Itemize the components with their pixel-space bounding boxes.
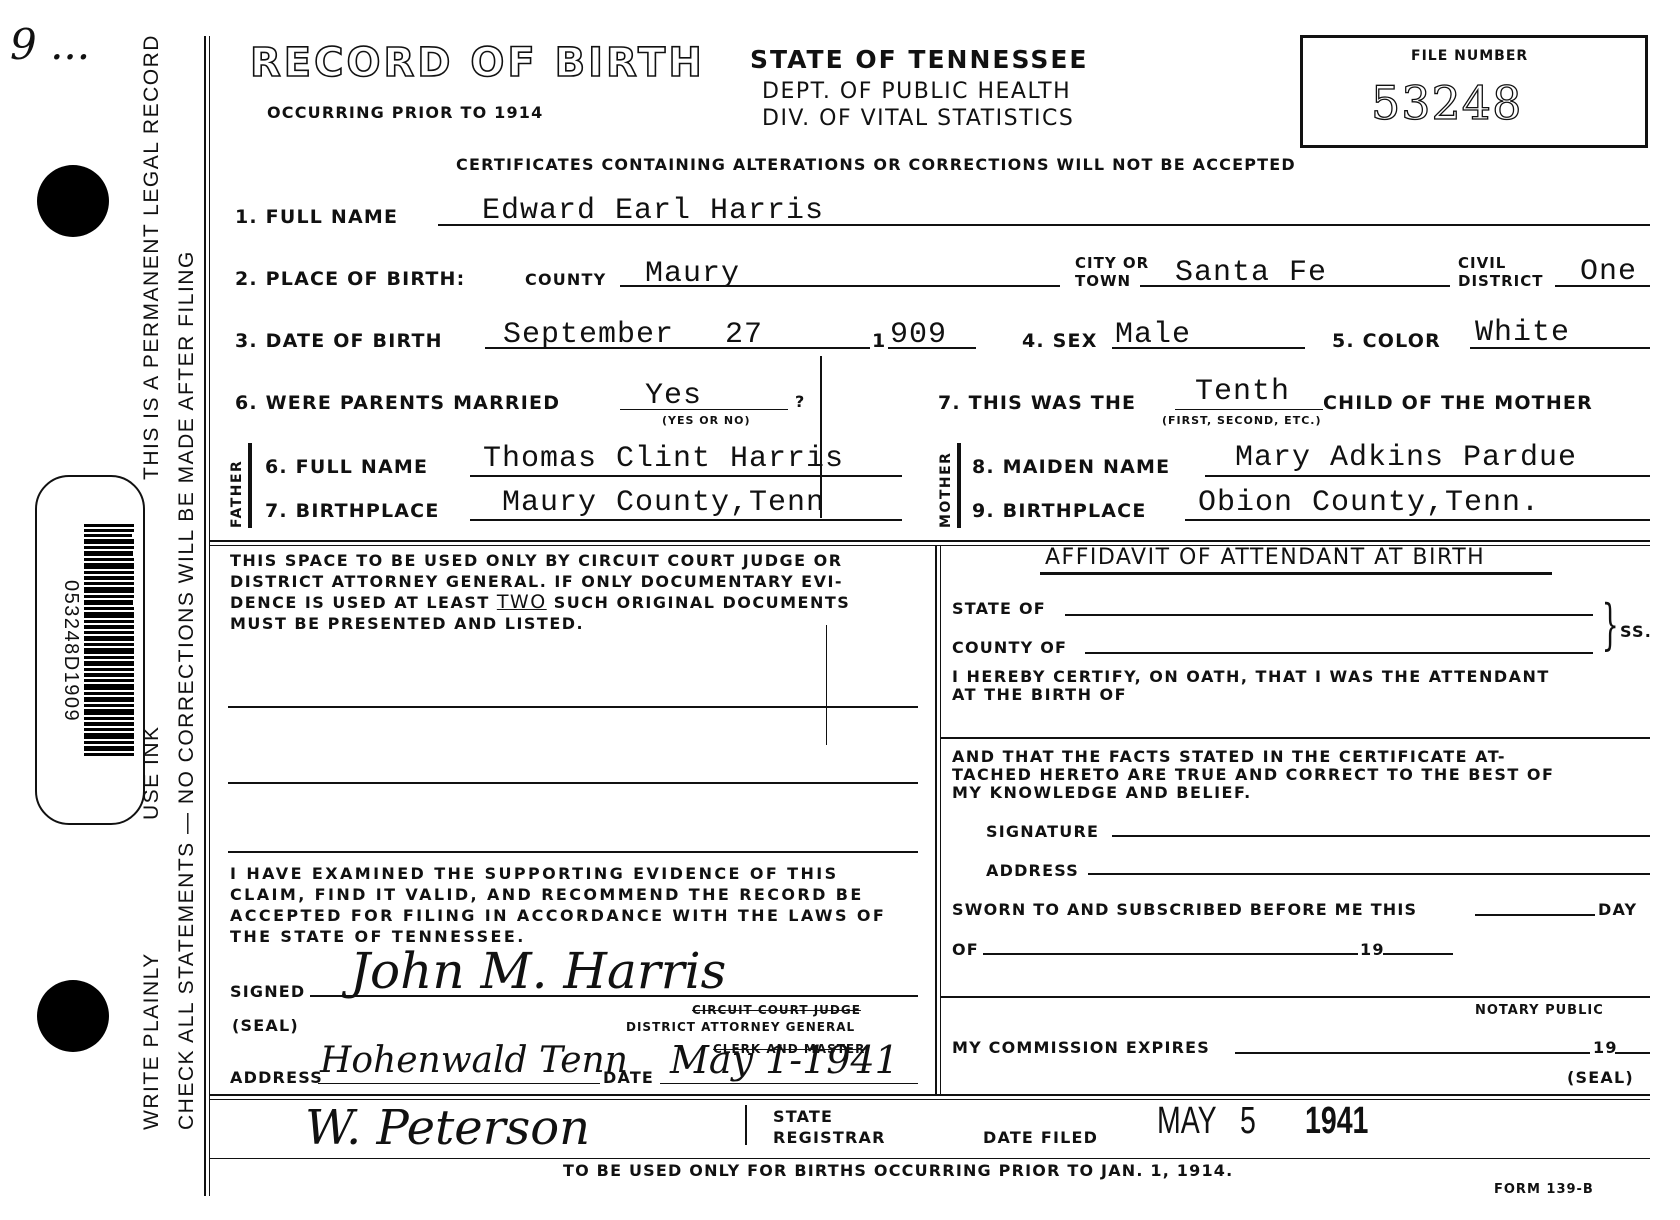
certify-line-1: I HEREBY CERTIFY, ON OATH, THAT I WAS TH… [952,668,1642,686]
center-divider-2 [940,546,941,1094]
court-instructions: THIS SPACE TO BE USED ONLY BY CIRCUIT CO… [230,550,930,634]
frame-left-border [204,36,206,1196]
signed-label: SIGNED [230,982,305,1001]
documents-line-2 [228,782,918,784]
parents-married-value: Yes [645,379,702,413]
color-value: White [1475,316,1570,350]
handwritten-corner-note: 9 ... [10,20,90,69]
title-district-attorney: DISTRICT ATTORNEY GENERAL [626,1020,855,1034]
mother-name-value: Mary Adkins Pardue [1235,441,1577,475]
sex-line [1112,347,1305,349]
examined-line-3: ACCEPTED FOR FILING IN ACCORDANCE WITH T… [230,905,930,926]
court-seal-label: (SEAL) [232,1016,299,1035]
file-number-box: FILE NUMBER 53248 [1300,35,1648,148]
margin-write-plainly: WRITE PLAINLY [140,952,164,1130]
parents-married-qmark: ? [795,392,805,411]
examined-line-1: I HAVE EXAMINED THE SUPPORTING EVIDENCE … [230,863,930,884]
commission-year-prefix: 19 [1593,1038,1618,1057]
barcode [84,524,134,756]
birth-year-prefix: 1 [872,330,886,352]
registrar-label-state: STATE [773,1107,833,1126]
form-number: FORM 139-B [1494,1182,1594,1197]
court-address-value: Hohenwald Tenn [320,1040,628,1081]
district-label-top: CIVIL [1458,254,1506,272]
commission-year-line [1615,1052,1650,1054]
place-of-birth-label: 2. PLACE OF BIRTH: [235,268,465,290]
district-line [1555,285,1650,287]
child-order-label: 7. THIS WAS THE [938,392,1136,414]
affidavit-seal-label: (SEAL) [1567,1068,1634,1087]
judge-signature: John M. Harris [350,942,726,1000]
father-side-label: FATHER [229,460,245,528]
punch-hole-bottom [37,980,109,1052]
signed-line [310,995,918,997]
registrar-label-registrar: REGISTRAR [773,1128,886,1147]
mother-bracket [957,443,961,528]
facts-line-2: TACHED HERETO ARE TRUE AND CORRECT TO TH… [952,766,1652,784]
affidavit-address-line [1088,873,1650,875]
date-filed-label: DATE FILED [983,1128,1098,1147]
full-name-line [438,224,1650,226]
notary-public-label: NOTARY PUBLIC [1475,1003,1604,1018]
father-birthplace-value: Maury County,Tenn [502,486,825,520]
court-instructions-line-2: DISTRICT ATTORNEY GENERAL. IF ONLY DOCUM… [230,571,930,592]
frame-left-border-inner [209,36,210,1196]
state-title: STATE OF TENNESSEE [750,45,1089,74]
commission-line [1235,1052,1590,1054]
affidavit-signature-line [1112,835,1650,837]
affidavit-certify: I HEREBY CERTIFY, ON OATH, THAT I WAS TH… [952,668,1642,704]
date-filed-day: 5 [1240,1100,1256,1143]
city-label-top: CITY OR [1075,254,1149,272]
father-name-value: Thomas Clint Harris [483,442,844,476]
full-name-value: Edward Earl Harris [482,194,824,228]
father-name-line [470,475,902,477]
sworn-of-label: OF [952,940,979,959]
mother-birthplace-label: 9. BIRTHPLACE [972,500,1147,522]
section-divider-top [210,540,1650,542]
child-order-suffix: CHILD OF THE MOTHER [1323,392,1593,414]
court-tick-mark [826,625,827,745]
court-instructions-line-3: DENCE IS USED AT LEAST TWO SUCH ORIGINAL… [230,592,930,613]
mother-side-label: MOTHER [938,452,954,528]
court-instructions-line-4: MUST BE PRESENTED AND LISTED. [230,613,930,634]
birth-year-line [888,347,976,349]
center-divider [935,546,937,1094]
date-filed-year: 1941 [1305,1100,1368,1143]
affidavit-county-label: COUNTY OF [952,638,1067,657]
county-label: COUNTY [525,270,606,289]
barcode-number: 053248D1909 [59,580,82,722]
father-name-label: 6. FULL NAME [265,456,428,478]
affidavit-divider-1 [941,737,1650,739]
affidavit-county-line [1085,652,1593,654]
division-title: DIV. OF VITAL STATISTICS [762,106,1074,131]
punch-hole-top [37,165,109,237]
commission-label: MY COMMISSION EXPIRES [952,1038,1210,1057]
court-address-label: ADDRESS [230,1068,323,1087]
registrar-bracket [745,1105,747,1145]
county-line [620,285,1060,287]
registrar-signature: W. Peterson [305,1100,590,1156]
sworn-day-label: DAY [1598,900,1637,919]
margin-check-statements: CHECK ALL STATEMENTS — NO CORRECTIONS WI… [175,250,199,1130]
documents-line-3 [228,851,918,853]
alterations-notice: CERTIFICATES CONTAINING ALTERATIONS OR C… [456,155,1296,174]
affidavit-divider-2 [941,996,1650,998]
parents-married-line [620,409,788,410]
mother-name-label: 8. MAIDEN NAME [972,456,1170,478]
father-birthplace-label: 7. BIRTHPLACE [265,500,440,522]
sworn-label: SWORN TO AND SUBSCRIBED BEFORE ME THIS [952,900,1417,919]
sworn-year-line [1383,953,1453,955]
facts-line-1: AND THAT THE FACTS STATED IN THE CERTIFI… [952,748,1652,766]
brace-icon: } [1602,595,1619,655]
affidavit-address-label: ADDRESS [986,861,1079,880]
margin-use-ink: USE INK [140,725,164,820]
father-bracket [248,443,252,528]
affidavit-state-line [1065,614,1593,616]
mother-birthplace-line [1185,519,1650,521]
margin-permanent-record: THIS IS A PERMANENT LEGAL RECORD [140,34,164,480]
court-date-value: May 1-1941 [670,1038,899,1082]
file-number: 53248 [1371,76,1522,130]
facts-line-3: MY KNOWLEDGE AND BELIEF. [952,784,1652,802]
date-filed-month: MAY [1157,1100,1217,1143]
court-date-line [660,1083,918,1084]
affidavit-title: AFFIDAVIT OF ATTENDANT AT BIRTH [1045,545,1485,570]
sworn-month-line [983,953,1358,955]
child-order-value: Tenth [1195,375,1290,409]
color-label: 5. COLOR [1332,330,1441,352]
dept-title: DEPT. OF PUBLIC HEALTH [762,79,1071,104]
city-label-bottom: TOWN [1075,272,1131,290]
section-divider-bottom [210,1094,1650,1096]
date-of-birth-label: 3. DATE OF BIRTH [235,330,443,352]
father-birthplace-line [470,519,902,521]
district-value: One [1580,255,1637,289]
affidavit-ss: SS. [1620,622,1652,641]
full-name-label: 1. FULL NAME [235,206,398,228]
title-circuit-court-judge: CIRCUIT COURT JUDGE [692,1003,861,1017]
court-instructions-line-1: THIS SPACE TO BE USED ONLY BY CIRCUIT CO… [230,550,930,571]
child-order-hint: (FIRST, SECOND, ETC.) [1162,414,1321,427]
record-subtitle: OCCURRING PRIOR TO 1914 [267,103,543,122]
examined-line-2: CLAIM, FIND IT VALID, AND RECOMMEND THE … [230,884,930,905]
footer-notice: TO BE USED ONLY FOR BIRTHS OCCURRING PRI… [563,1161,1233,1180]
child-order-line [1175,409,1323,410]
court-address-line [318,1083,600,1084]
city-line [1140,285,1450,287]
sworn-day-line [1475,914,1595,916]
affidavit-state-label: STATE OF [952,599,1046,618]
sex-label: 4. SEX [1022,330,1098,352]
examined-statement: I HAVE EXAMINED THE SUPPORTING EVIDENCE … [230,863,930,947]
record-title: RECORD OF BIRTH [250,40,705,86]
court-date-label: DATE [603,1068,654,1087]
affidavit-signature-label: SIGNATURE [986,822,1099,841]
file-number-label: FILE NUMBER [1411,48,1528,64]
mother-name-line [1205,475,1650,477]
parents-married-hint: (YES OR NO) [662,414,751,427]
footer-rule [210,1158,1650,1159]
certify-line-2: AT THE BIRTH OF [952,686,1642,704]
sworn-year-prefix: 19 [1360,940,1385,959]
mother-birthplace-value: Obion County,Tenn. [1198,486,1540,520]
parents-married-label: 6. WERE PARENTS MARRIED [235,392,560,414]
documents-line-1 [228,706,918,708]
affidavit-facts: AND THAT THE FACTS STATED IN THE CERTIFI… [952,748,1652,802]
birth-date-line [485,347,870,349]
district-label-bottom: DISTRICT [1458,272,1543,290]
affidavit-title-underline [1040,572,1552,575]
color-line [1470,347,1650,349]
